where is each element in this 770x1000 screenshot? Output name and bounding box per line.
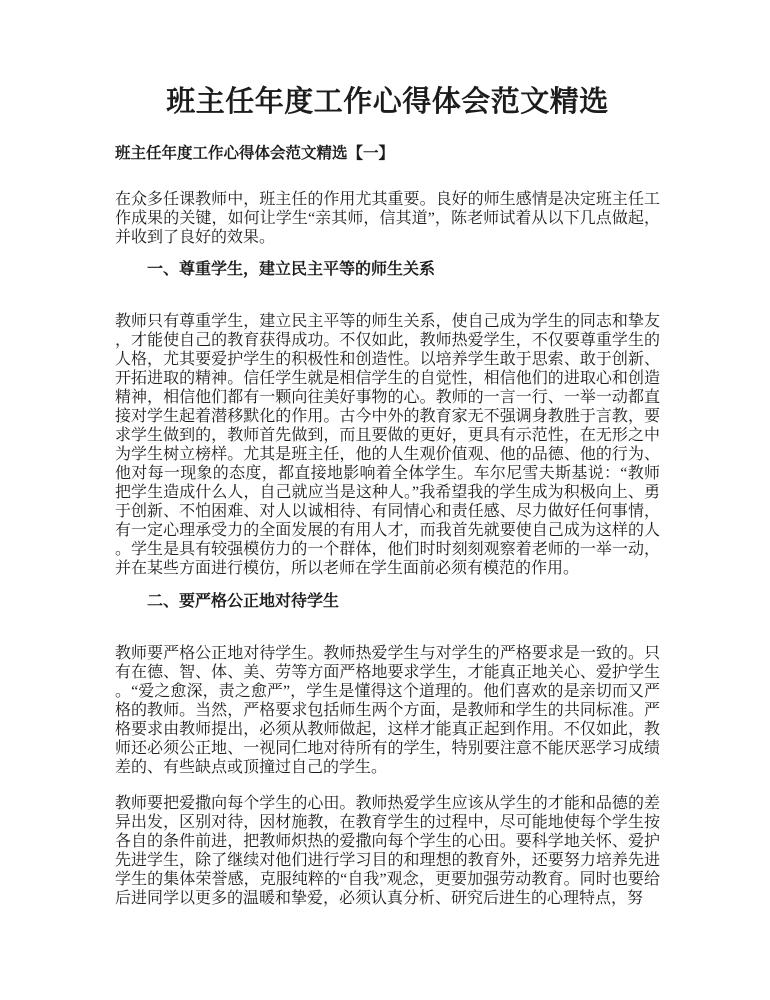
body-paragraph-respect-students: 教师只有尊重学生，建立民主平等的师生关系，使自己成为学生的同志和挚友，才能使自己… xyxy=(115,312,660,578)
document-page: 班主任年度工作心得体会范文精选 班主任年度工作心得体会范文精选【一】 在众多任课… xyxy=(0,0,770,1000)
closing-paragraph-love-students: 教师要把爱撒向每个学生的心田。教师热爱学生应该从学生的才能和品德的差异出发，区别… xyxy=(115,794,660,908)
section-heading-respect-students: 一、尊重学生，建立民主平等的师生关系 xyxy=(115,260,660,279)
document-title: 班主任年度工作心得体会范文精选 xyxy=(115,85,660,119)
section-heading-treat-fairly: 二、要严格公正地对待学生 xyxy=(115,592,660,611)
essay-subtitle: 班主任年度工作心得体会范文精选【一】 xyxy=(115,144,660,163)
body-paragraph-treat-fairly: 教师要严格公正地对待学生。教师热爱学生与对学生的严格要求是一致的。只有在德、智、… xyxy=(115,644,660,777)
intro-paragraph: 在众多任课教师中，班主任的作用尤其重要。良好的师生感情是决定班主任工作成果的关键… xyxy=(115,190,660,247)
